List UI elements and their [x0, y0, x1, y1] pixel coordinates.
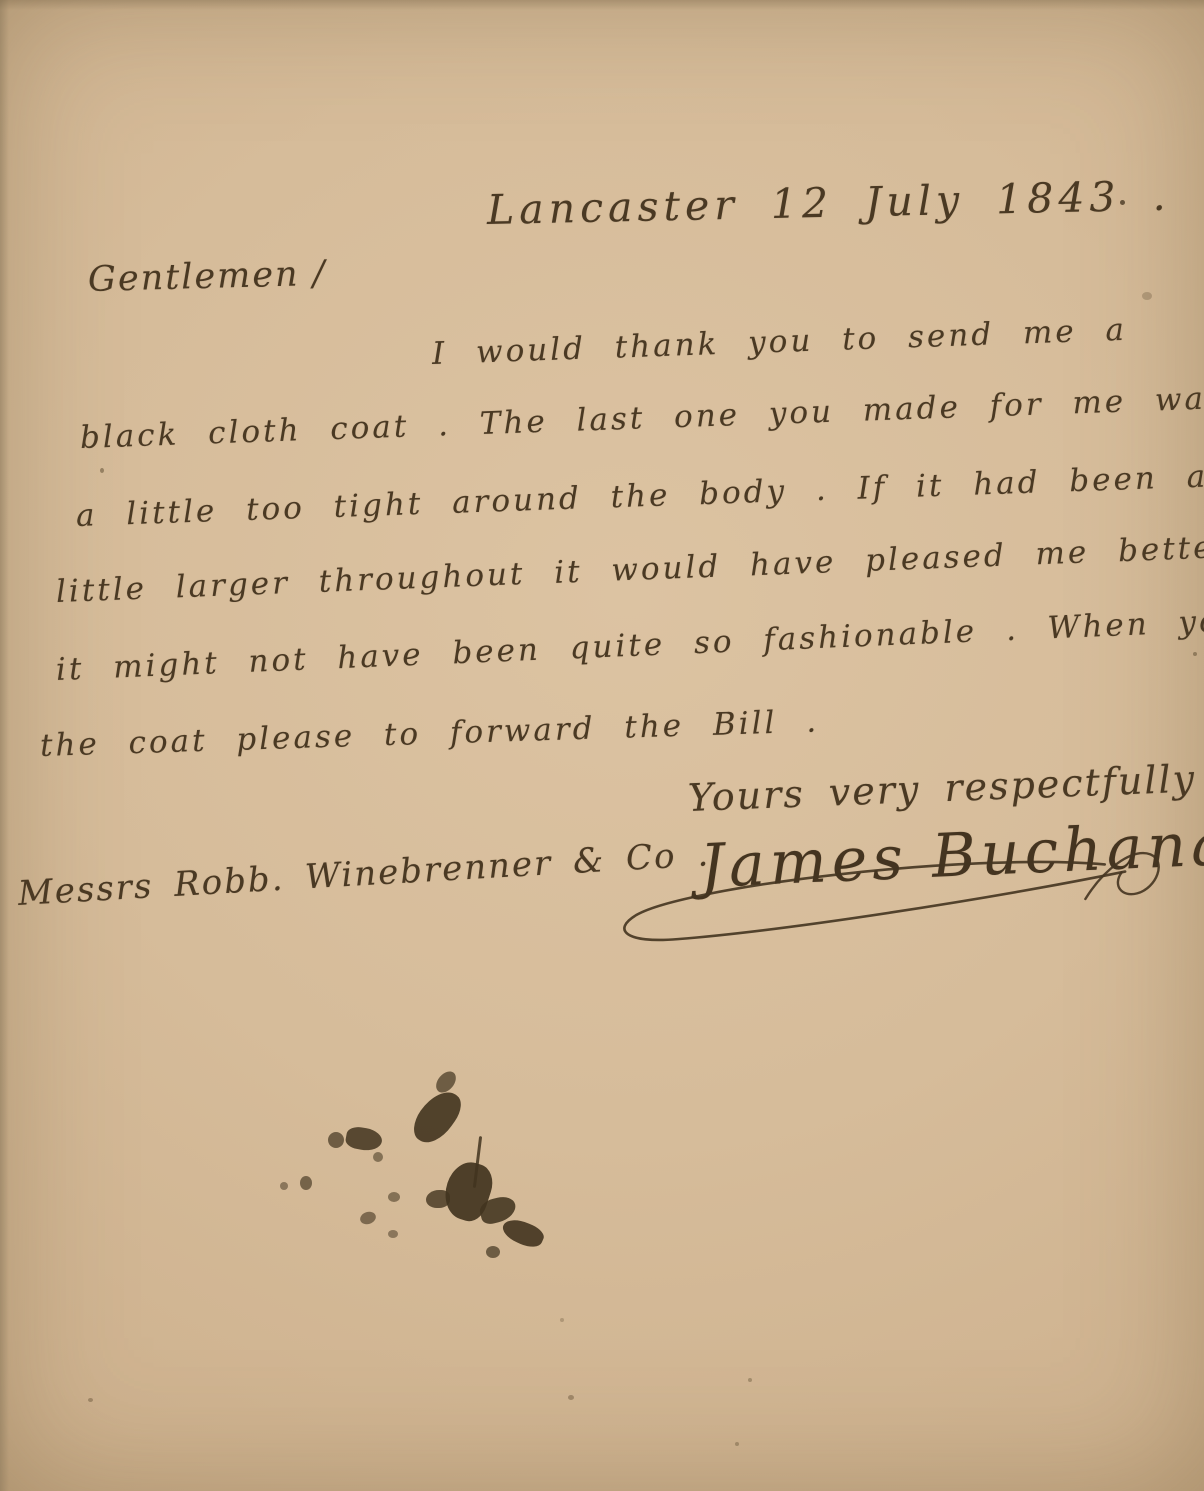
- ink-blot-spot: [300, 1176, 312, 1190]
- letter-page: Lancaster 12 July 1843 . Gentlemen / I w…: [0, 0, 1204, 1491]
- ink-blot-spot: [280, 1182, 288, 1190]
- body-line-1: I would thank you to send me a: [431, 312, 1127, 372]
- ink-blot-spot: [344, 1125, 383, 1153]
- ink-blot: [270, 1070, 600, 1300]
- body-line-4: little larger throughout it would have p…: [55, 521, 1204, 610]
- body-line-6: the coat please to forward the Bill .: [39, 704, 819, 764]
- paper-speck: [100, 468, 104, 473]
- paper-speck: [568, 1395, 574, 1400]
- ink-blot-spot: [359, 1210, 378, 1226]
- paper-speck: [88, 1398, 93, 1402]
- ink-blot-spot: [486, 1246, 500, 1258]
- salutation: Gentlemen /: [87, 254, 327, 300]
- paper-speck: [1193, 652, 1197, 656]
- dateline: Lancaster 12 July 1843 .: [486, 172, 1171, 234]
- scan-edge-left: [0, 0, 9, 1491]
- ink-blot-spot: [432, 1068, 460, 1097]
- ink-blot-spot: [373, 1152, 383, 1162]
- ink-blot-spot: [499, 1214, 546, 1251]
- paper-speck: [560, 1318, 564, 1322]
- paper-speck: [735, 1442, 739, 1446]
- body-line-3: a little too tight around the body . If …: [75, 455, 1204, 534]
- closing: Yours very respectfully: [687, 757, 1197, 820]
- body-line-2: black cloth coat . The last one you made…: [79, 380, 1204, 456]
- ink-blot-spot: [388, 1230, 398, 1238]
- ink-blot-spot: [388, 1192, 400, 1202]
- paper-speck: [1142, 292, 1152, 300]
- paper-speck: [1120, 200, 1125, 205]
- body-line-5: it might not have been quite so fashiona…: [55, 597, 1204, 688]
- ink-blot-spot: [328, 1132, 344, 1148]
- ink-blot-spot: [406, 1083, 467, 1150]
- paper-speck: [748, 1378, 752, 1382]
- scan-edge-top: [0, 0, 1204, 10]
- ink-blot-spot: [426, 1190, 450, 1208]
- signature-paraph: [1075, 835, 1180, 922]
